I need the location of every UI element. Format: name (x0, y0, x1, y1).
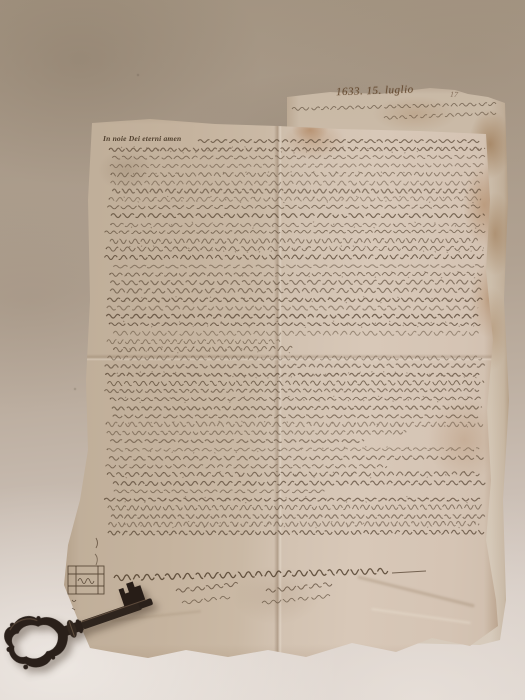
handwriting-line (111, 214, 485, 218)
subscription-line (392, 571, 426, 573)
handwriting-line (112, 406, 482, 410)
handwriting-line (110, 238, 478, 243)
handwriting-line (110, 280, 481, 285)
handwriting-line (113, 331, 478, 335)
handwriting-line (109, 456, 483, 460)
handwriting-line (105, 364, 485, 368)
handwriting-line (110, 272, 483, 276)
handwriting-line (109, 521, 479, 526)
handwriting-line (106, 314, 478, 318)
verso-note-line (384, 112, 496, 119)
handwriting-line (109, 147, 485, 151)
handwriting-line (108, 505, 484, 510)
handwriting-line (110, 440, 364, 443)
photo-scene: 1633. 15. luglio 17 In noie Dei eterni a… (0, 0, 525, 700)
handwriting-line (108, 356, 482, 360)
subscription-line (266, 583, 332, 592)
handwriting-line (107, 205, 480, 209)
handwriting-line (198, 140, 479, 143)
handwriting-line (112, 155, 485, 159)
verso-handwriting (288, 98, 500, 124)
body-handwriting (98, 132, 494, 548)
handwriting-line (114, 490, 325, 493)
handwriting-line (109, 197, 481, 202)
handwriting-line (114, 346, 293, 351)
handwriting-line (110, 164, 484, 168)
handwriting-line (107, 431, 406, 435)
handwriting-line (113, 265, 484, 268)
verso-note-line (292, 102, 496, 110)
handwriting-line (106, 373, 480, 376)
handwriting-line (105, 389, 479, 393)
handwriting-line (107, 472, 479, 477)
handwriting-line (107, 340, 280, 344)
handwriting-line (113, 481, 485, 486)
handwriting-ascenders (111, 222, 484, 228)
marble-speckles (0, 0, 2, 2)
handwriting-line (106, 422, 483, 426)
subscription-line (182, 596, 230, 603)
handwriting-line (111, 223, 485, 226)
subscription-line (262, 595, 330, 604)
handwriting-line (105, 255, 486, 260)
handwriting-line (111, 181, 480, 185)
handwriting-line (108, 381, 484, 386)
handwriting-line (112, 189, 481, 193)
handwriting-line (107, 306, 478, 310)
handwriting-line (105, 230, 486, 234)
handwriting-line (109, 323, 480, 326)
subscription-line (176, 582, 238, 592)
handwriting-line (111, 515, 485, 518)
handwriting-line (110, 288, 481, 293)
handwriting-line (104, 498, 481, 501)
handwriting-line (107, 448, 479, 451)
handwriting-line (113, 415, 479, 418)
handwriting-line (106, 465, 387, 468)
paraph-flourish-icon (95, 538, 98, 565)
handwriting-line (110, 397, 481, 401)
